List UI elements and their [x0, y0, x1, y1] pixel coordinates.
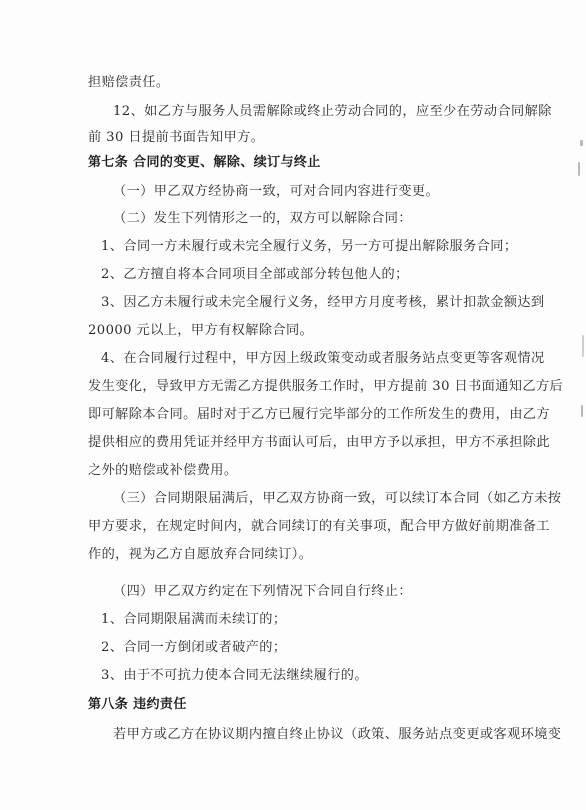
sub-clause-2: （二）发生下列情形之一的，双方可以解除合同： [113, 211, 533, 227]
article-7-heading: 第七条 合同的变更、解除、续订与终止 [88, 155, 508, 171]
list-item: 3、因乙方未履行或未完全履行义务，经甲方月度考核，累计扣款金额达到 [101, 295, 521, 311]
text-line: 甲方要求，在规定时间内，就合同续订的有关事项，配合甲方做好前期准备工 [88, 519, 508, 535]
text-line: 之外的赔偿或补偿费用。 [88, 463, 508, 479]
text-line: 若甲方或乙方在协议期内擅自终止协议（政策、服务站点变更或客观环境变 [113, 727, 533, 743]
text-line: 前 30 日提前书面告知甲方。 [88, 130, 508, 146]
text-line: 即可解除本合同。届时对于乙方已履行完毕部分的工作所发生的费用，由乙方 [88, 407, 508, 423]
text-line: 提供相应的费用凭证并经甲方书面认可后，由甲方予以承担，甲方不承担除此 [88, 435, 508, 451]
list-item: 2、乙方擅自将本合同项目全部或部分转包他人的； [101, 267, 521, 283]
sub-clause-3: （三）合同期限届满后，甲乙双方协商一致，可以续订本合同（如乙方未按 [113, 491, 533, 507]
sub-clause-1: （一）甲乙双方经协商一致，可对合同内容进行变更。 [113, 184, 533, 200]
scan-speck [580, 140, 583, 146]
text-line: 担赔偿责任。 [88, 75, 508, 91]
list-item: 1、合同期限届满而未续订的； [101, 612, 521, 628]
scanned-contract-page: 担赔偿责任。 12、如乙方与服务人员需解除或终止劳动合同的，应至少在劳动合同解除… [0, 0, 586, 810]
text-line: 作的，视为乙方自愿放弃合同续订）。 [88, 547, 508, 563]
sub-clause-4: （四）甲乙双方约定在下列情况下合同自行终止： [113, 584, 533, 600]
list-item: 1、合同一方未履行或未完全履行义务，另一方可提出解除服务合同； [101, 239, 521, 255]
list-item: 2、合同一方倒闭或者破产的； [101, 640, 521, 656]
text-line: 20000 元以上，甲方有权解除合同。 [88, 323, 508, 339]
list-item: 3、由于不可抗力使本合同无法继续履行的。 [101, 668, 521, 684]
article-8-heading: 第八条 违约责任 [88, 697, 508, 713]
scan-speck [581, 405, 583, 417]
scan-speck [578, 162, 580, 176]
clause-12: 12、如乙方与服务人员需解除或终止劳动合同的，应至少在劳动合同解除 [113, 104, 533, 120]
text-line: 发生变化，导致甲方无需乙方提供服务工作时，甲方提前 30 日书面通知乙方后 [88, 379, 508, 395]
scan-speck [582, 335, 584, 357]
list-item: 4、在合同履行过程中，甲方因上级政策变动或者服务站点变更等客观情况 [101, 351, 521, 367]
